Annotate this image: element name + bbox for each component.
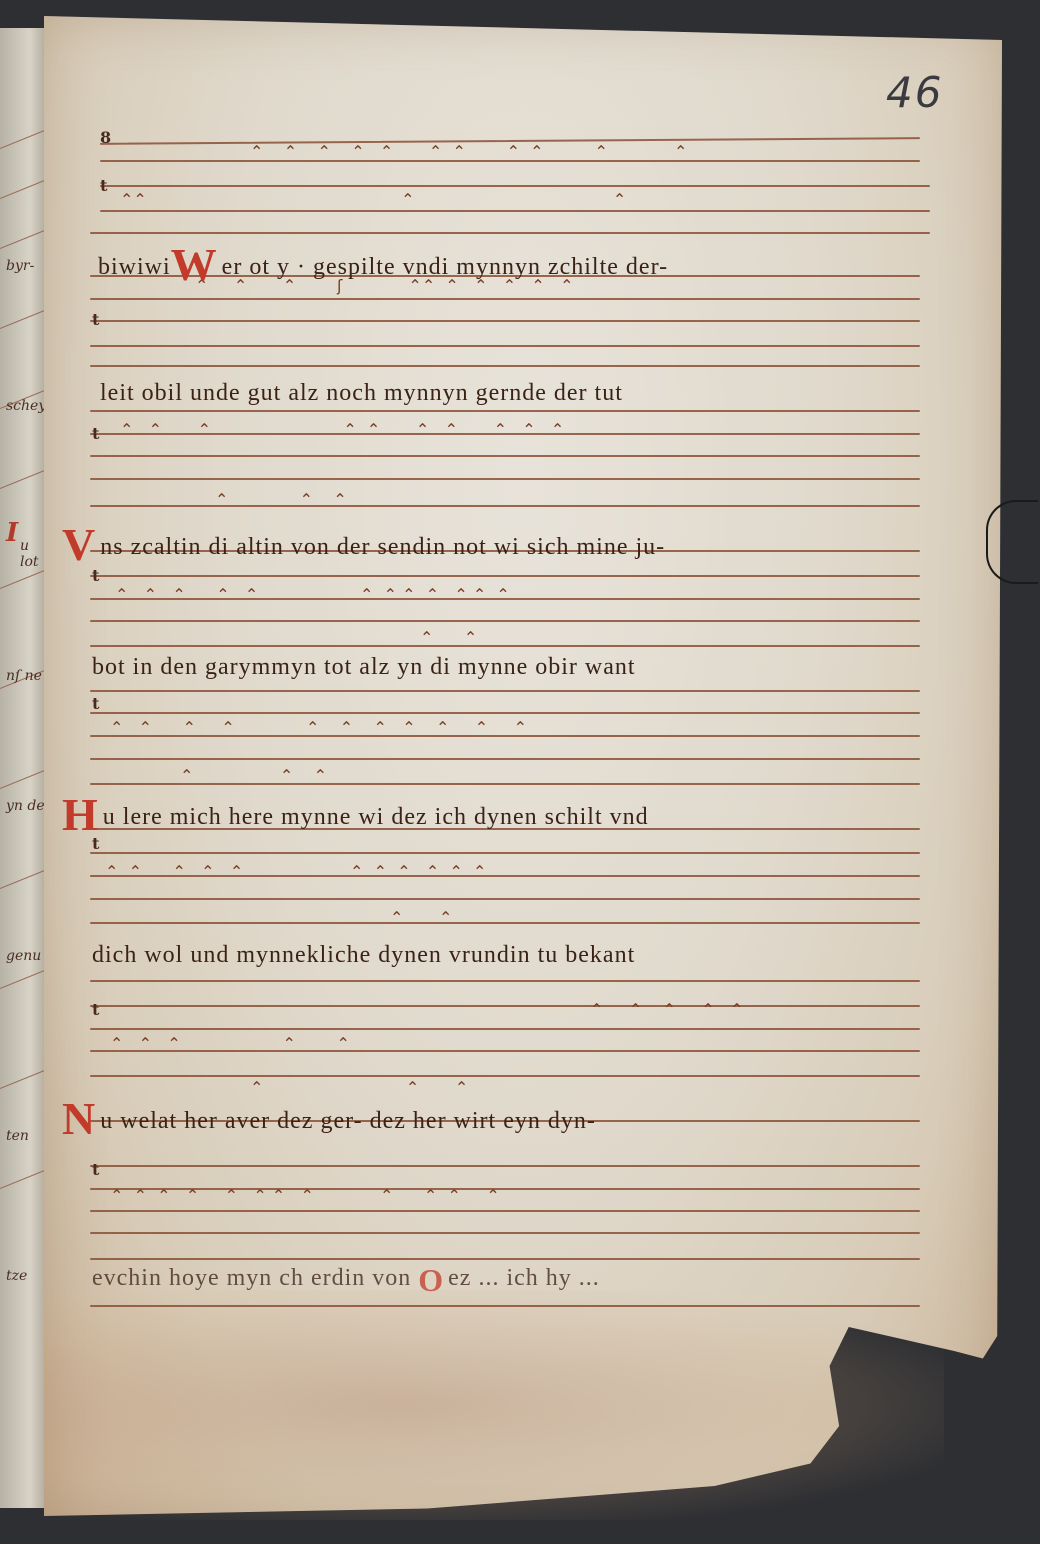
rule-line	[90, 1305, 920, 1307]
rule-line	[90, 712, 920, 714]
rule-line	[90, 365, 920, 367]
lyric-line: Nu welat her aver dez ger- dez her wirt …	[62, 1092, 596, 1145]
rule-line	[90, 298, 920, 300]
clef-mark: t	[100, 176, 107, 195]
lyric-text: ns zcaltin di altin von der sendin not w…	[100, 534, 665, 560]
rule-line	[90, 980, 920, 982]
rule-line	[90, 345, 920, 347]
rule-line	[0, 229, 47, 249]
margin-fragment: nſ ne	[6, 668, 42, 684]
neume-row: ⌃ ⌃ ⌃ ⌃ ⌃	[110, 1034, 350, 1053]
lyric-prefix: biwiwi	[98, 254, 171, 280]
lyric-line: leit obil unde gut alz noch mynnyn gernd…	[100, 380, 623, 407]
rule-line	[90, 1005, 920, 1007]
clasp-strap	[986, 500, 1038, 584]
neume-row: ⌃ ⌃ ⌃	[180, 766, 327, 785]
neume-row: ⌃ ⌃ ⌃ ⌃ ⌃ ⌃ ⌃ ⌃ ⌃ ⌃ ⌃	[105, 862, 486, 881]
margin-fragment: schey	[6, 398, 46, 414]
rule-line	[100, 185, 930, 187]
neume-row: ⌃ ⌃ ⌃ ⌃ ⌃ ⌃ ⌃ ⌃ ⌃ ⌃ ⌃ ⌃	[115, 585, 510, 604]
rule-line	[90, 620, 920, 622]
rubric-initial: H	[62, 789, 99, 840]
rule-line	[0, 869, 47, 889]
rule-line	[90, 1210, 920, 1212]
lyric-line: biwiwiWer ot y · gespilte vndi mynnyn zc…	[98, 238, 668, 291]
margin-fragment: tze	[6, 1268, 27, 1284]
margin-fragment: ten	[6, 1128, 29, 1144]
rule-line	[90, 410, 920, 412]
neume-row: ⌃ ⌃ ⌃ ⌃ ⌃	[590, 1000, 744, 1019]
neume-row: ⌃ ⌃ ⌃ ⌃ ⌃ ⌃ ⌃ ⌃ ⌃ ⌃ ⌃ ⌃	[110, 1186, 500, 1205]
red-initial-fragment: I	[6, 518, 18, 548]
clef-mark: t	[92, 1000, 99, 1019]
margin-fragment: byr-	[6, 258, 34, 274]
rule-line	[0, 1169, 47, 1189]
clef-mark: t	[92, 694, 99, 713]
rule-line	[90, 232, 930, 234]
rubric-initial: O	[418, 1262, 444, 1298]
neume-row: ⌃ ⌃ ⌃	[215, 490, 347, 509]
neume-row: ⌃ ⌃ ⌃ ⌃ ⌃ ⌃ ⌃ ⌃ ⌃ ⌃ ⌃	[250, 142, 687, 161]
lyric-text: ez ... ich hy ...	[448, 1265, 600, 1291]
rule-line	[0, 179, 47, 199]
rule-line	[90, 1075, 920, 1077]
rule-line	[90, 645, 920, 647]
lyric-text: u welat her aver dez ger- dez her wirt e…	[100, 1108, 596, 1134]
rule-line	[90, 455, 920, 457]
rule-line	[90, 1232, 920, 1234]
lyric-line: Hu lere mich here mynne wi dez ich dynen…	[62, 788, 649, 841]
rubric-initial: N	[62, 1093, 96, 1144]
neume-row: ⌃⌃ ⌃ ⌃	[120, 190, 626, 209]
lyric-line: Vns zcaltin di altin von der sendin not …	[62, 518, 665, 571]
clef-mark: t	[92, 424, 99, 443]
rule-line	[90, 852, 920, 854]
rule-line	[0, 469, 47, 489]
rule-line	[0, 129, 47, 149]
rule-line	[0, 569, 47, 589]
folio-number: 46	[886, 68, 943, 117]
neume-row: ⌃ ⌃	[390, 908, 452, 927]
rule-line	[0, 769, 47, 789]
rule-line	[90, 1258, 920, 1260]
lyric-line: bot in den garymmyn tot alz yn di mynne …	[92, 654, 636, 681]
neume-row: ⌃ ⌃ ⌃ ⌃ ⌃ ⌃ ⌃ ⌃ ⌃ ⌃ ⌃	[110, 718, 527, 737]
lyric-text: evchin hoye myn ch erdin von	[92, 1265, 411, 1291]
neume-row: ⌃ ⌃	[420, 628, 477, 647]
lyric-line: dich wol und mynnekliche dynen vrundin t…	[92, 942, 635, 969]
rule-line	[90, 758, 920, 760]
margin-fragment: genu	[6, 948, 41, 964]
clef-mark: t	[92, 1160, 99, 1179]
rule-line	[100, 210, 930, 212]
lyric-text: er ot y · gespilte vndi mynnyn zchilte d…	[222, 254, 668, 280]
rule-line	[90, 478, 920, 480]
margin-fragment: yn de	[6, 798, 45, 814]
lyric-line-faded: evchin hoye myn ch erdin von Oez ... ich…	[92, 1262, 600, 1299]
clef-mark: t	[92, 310, 99, 329]
lyric-text: u lere mich here mynne wi dez ich dynen …	[103, 804, 649, 830]
rule-line	[0, 1069, 47, 1089]
rubric-initial: W	[171, 239, 218, 290]
clef-mark: 8	[100, 128, 111, 147]
rule-line	[90, 575, 920, 577]
rule-line	[0, 969, 47, 989]
rule-line	[90, 1165, 920, 1167]
rule-line	[90, 320, 920, 322]
rubric-initial: V	[62, 519, 96, 570]
rule-line	[0, 309, 47, 329]
rule-line	[90, 1028, 920, 1030]
rule-line	[90, 922, 920, 924]
rule-line	[90, 898, 920, 900]
neume-row: ⌃ ⌃ ⌃ ⌃ ⌃ ⌃ ⌃ ⌃ ⌃ ⌃	[120, 420, 564, 439]
rule-line	[90, 690, 920, 692]
